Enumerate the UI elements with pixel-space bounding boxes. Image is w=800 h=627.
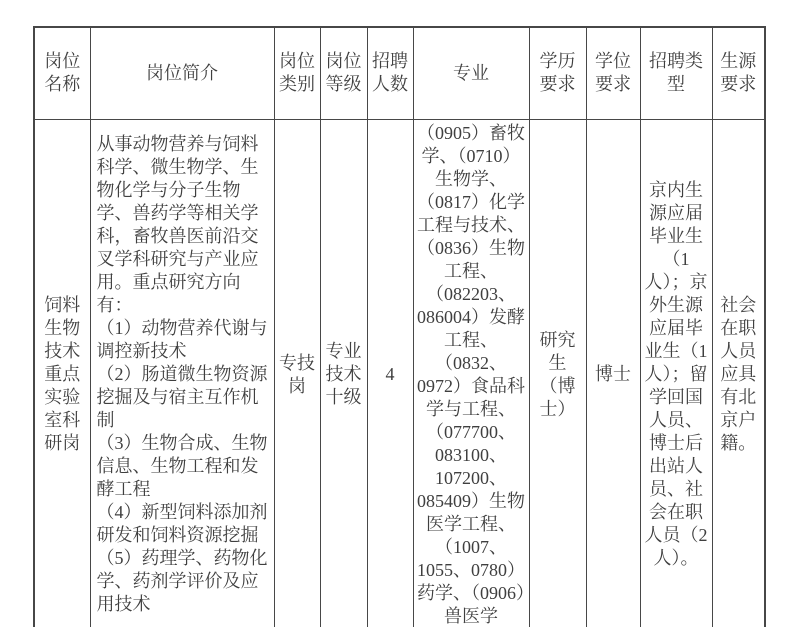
cell-headcount: 4 xyxy=(367,119,413,627)
cell-source-requirement: 社会在职人员应具有北京户籍。 xyxy=(712,119,765,627)
intro-item-2: （2）肠道微生物资源挖掘及与宿主互作机制 xyxy=(97,363,268,432)
intro-lead: 从事动物营养与饲料科学、微生物学、生物化学与分子生物学、兽药学等相关学科，畜牧兽… xyxy=(97,133,268,317)
cell-majors: （0905）畜牧学、（0710）生物学、（0817）化学工程与技术、（0836）… xyxy=(413,119,529,627)
intro-item-5: （5）药理学、药物化学、药剂学评价及应用技术 xyxy=(97,547,268,616)
intro-item-1: （1）动物营养代谢与调控新技术 xyxy=(97,317,268,363)
col-header-recruit-type: 招聘类型 xyxy=(640,27,712,119)
table-row: 饲料生物技术重点实验室科研岗 从事动物营养与饲料科学、微生物学、生物化学与分子生… xyxy=(34,119,765,627)
cell-degree: 博士 xyxy=(586,119,640,627)
col-header-majors: 专业 xyxy=(413,27,529,119)
cell-post-name: 饲料生物技术重点实验室科研岗 xyxy=(34,119,90,627)
intro-item-3: （3）生物合成、生物信息、生物工程和发酵工程 xyxy=(97,432,268,501)
cell-post-intro: 从事动物营养与饲料科学、微生物学、生物化学与分子生物学、兽药学等相关学科，畜牧兽… xyxy=(90,119,274,627)
recruitment-table: 岗位名称 岗位简介 岗位类别 岗位等级 招聘人数 专业 学历要求 学位要求 招聘… xyxy=(33,26,766,627)
cell-post-category: 专技岗 xyxy=(274,119,320,627)
col-header-post-name: 岗位名称 xyxy=(34,27,90,119)
col-header-source-requirement: 生源要求 xyxy=(712,27,765,119)
table-header-row: 岗位名称 岗位简介 岗位类别 岗位等级 招聘人数 专业 学历要求 学位要求 招聘… xyxy=(34,27,765,119)
cell-education: 研究生（博士） xyxy=(529,119,586,627)
col-header-post-category: 岗位类别 xyxy=(274,27,320,119)
table-body: 饲料生物技术重点实验室科研岗 从事动物营养与饲料科学、微生物学、生物化学与分子生… xyxy=(34,119,765,627)
cell-recruit-type: 京内生源应届毕业生（1人）；京外生源应届毕业生（1人）；留学回国人员、博士后出站… xyxy=(640,119,712,627)
col-header-headcount: 招聘人数 xyxy=(367,27,413,119)
cell-post-level: 专业技术十级 xyxy=(320,119,367,627)
document-page: 岗位名称 岗位简介 岗位类别 岗位等级 招聘人数 专业 学历要求 学位要求 招聘… xyxy=(0,0,800,627)
intro-item-4: （4）新型饲料添加剂研发和饲料资源挖掘 xyxy=(97,501,268,547)
col-header-post-intro: 岗位简介 xyxy=(90,27,274,119)
col-header-degree: 学位要求 xyxy=(586,27,640,119)
col-header-education: 学历要求 xyxy=(529,27,586,119)
col-header-post-level: 岗位等级 xyxy=(320,27,367,119)
